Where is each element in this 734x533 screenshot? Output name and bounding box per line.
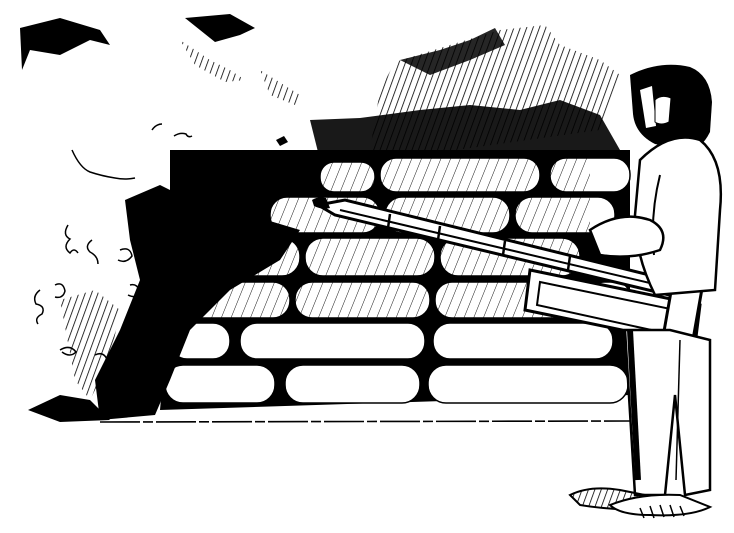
ground-line bbox=[100, 421, 630, 422]
fogging-illustration bbox=[0, 0, 734, 533]
background-hills bbox=[20, 14, 620, 160]
